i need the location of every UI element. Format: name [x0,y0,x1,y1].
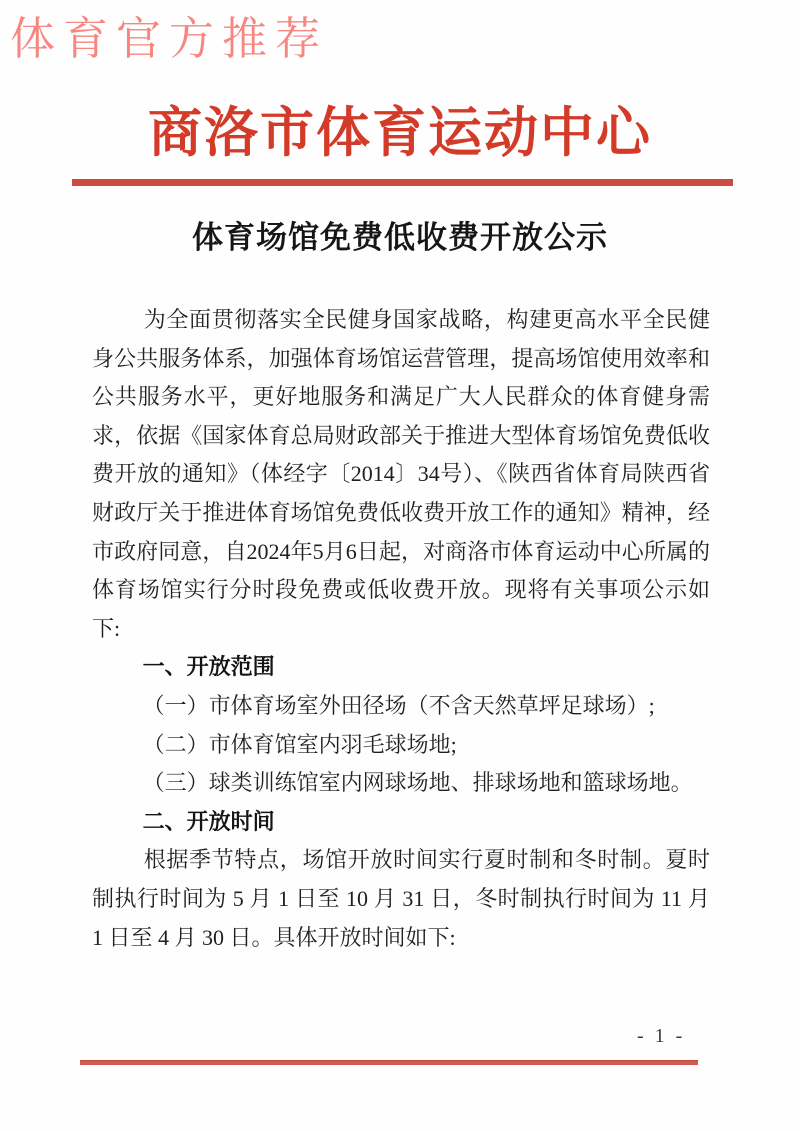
letterhead-double-rule [72,179,733,186]
document-title: 体育场馆免费低收费开放公示 [0,212,800,257]
section-heading-open-scope: 一、开放范围 [92,648,710,687]
page-number: - 1 - [637,1025,685,1048]
scanned-notice-page: 体育官方推荐 商洛市体育运动中心 体育场馆免费低收费开放公示 为全面贯彻落实全民… [0,0,800,1131]
document-body: 为全面贯彻落实全民健身国家战略，构建更高水平全民健身公共服务体系，加强体育场馆运… [92,301,710,957]
paragraph-intro: 为全面贯彻落实全民健身国家战略，构建更高水平全民健身公共服务体系，加强体育场馆运… [92,301,710,648]
list-item-1: （一）市体育场室外田径场（不含天然草坪足球场）; [92,687,710,726]
paragraph-open-hours: 根据季节特点，场馆开放时间实行夏时制和冬时制。夏时制执行时间为 5 月 1 日至… [92,841,710,957]
footer-rule [80,1060,698,1065]
section-heading-open-hours: 二、开放时间 [92,803,710,842]
organization-letterhead-title: 商洛市体育运动中心 [0,90,800,167]
list-item-2: （二）市体育馆室内羽毛球场地; [92,726,710,765]
list-item-3: （三）球类训练馆室内网球场地、排球场地和篮球场地。 [92,764,710,803]
watermark-text: 体育官方推荐 [10,2,328,67]
